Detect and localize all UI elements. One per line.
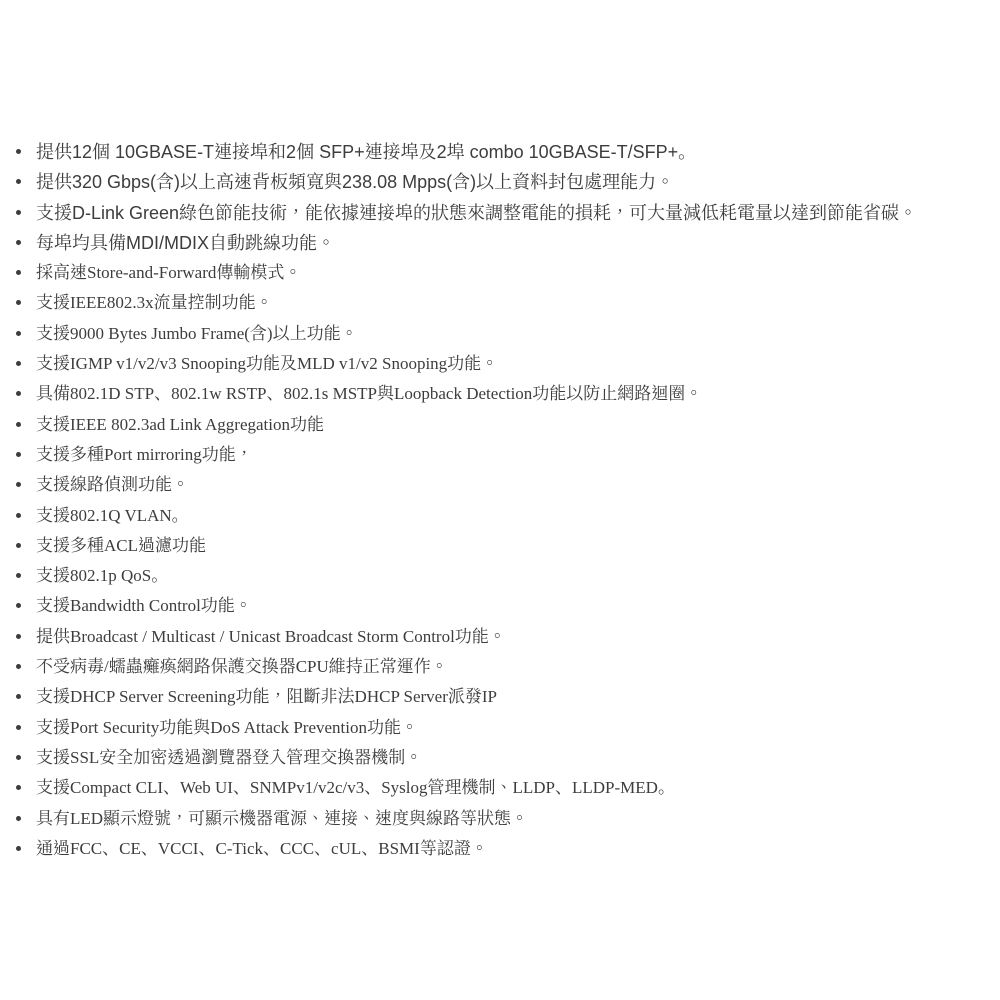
- bullet-icon: [16, 240, 21, 245]
- list-item: 通過FCC、CE、VCCI、C-Tick、CCC、cUL、BSMI等認證。: [0, 834, 1000, 864]
- list-item: 每埠均具備MDI/MDIX自動跳線功能。: [0, 228, 1000, 258]
- list-item: 支援Bandwidth Control功能。: [0, 591, 1000, 621]
- list-item-text: 支援802.1p QoS。: [36, 566, 168, 585]
- bullet-icon: [16, 725, 21, 730]
- list-item-text: 支援9000 Bytes Jumbo Frame(含)以上功能。: [36, 324, 358, 343]
- bullet-icon: [16, 846, 21, 851]
- bullet-icon: [16, 694, 21, 699]
- bullet-icon: [16, 391, 21, 396]
- list-item-text: 通過FCC、CE、VCCI、C-Tick、CCC、cUL、BSMI等認證。: [36, 839, 488, 858]
- list-item-text: 具備802.1D STP、802.1w RSTP、802.1s MSTP與Loo…: [36, 384, 702, 403]
- bullet-icon: [16, 149, 21, 154]
- list-item-text: 支援IEEE802.3x流量控制功能。: [36, 293, 273, 312]
- list-item-text: 提供12個 10GBASE-T連接埠和2個 SFP+連接埠及2埠 combo 1…: [36, 142, 696, 162]
- list-item: 提供320 Gbps(含)以上高速背板頻寬與238.08 Mpps(含)以上資料…: [0, 167, 1000, 197]
- list-item: 支援IGMP v1/v2/v3 Snooping功能及MLD v1/v2 Sno…: [0, 349, 1000, 379]
- list-item: 具備802.1D STP、802.1w RSTP、802.1s MSTP與Loo…: [0, 379, 1000, 409]
- list-item-text: 採高速Store-and-Forward傳輸模式。: [36, 263, 301, 282]
- bullet-icon: [16, 361, 21, 366]
- bullet-icon: [16, 816, 21, 821]
- bullet-icon: [16, 603, 21, 608]
- list-item-text: 不受病毒/蠕蟲癱瘓網路保護交換器CPU維持正常運作。: [36, 657, 448, 676]
- list-item-text: 支援線路偵測功能。: [36, 475, 189, 494]
- list-item-text: 支援DHCP Server Screening功能，阻斷非法DHCP Serve…: [36, 687, 497, 706]
- list-item: 支援多種ACL過濾功能: [0, 531, 1000, 561]
- list-item: 支援9000 Bytes Jumbo Frame(含)以上功能。: [0, 319, 1000, 349]
- bullet-icon: [16, 452, 21, 457]
- bullet-icon: [16, 543, 21, 548]
- list-item-text: 具有LED顯示燈號，可顯示機器電源、連接、速度與線路等狀態。: [36, 809, 528, 828]
- bullet-icon: [16, 482, 21, 487]
- list-item: 支援802.1p QoS。: [0, 561, 1000, 591]
- list-item-text: 提供Broadcast / Multicast / Unicast Broadc…: [36, 627, 506, 646]
- list-item: 提供Broadcast / Multicast / Unicast Broadc…: [0, 622, 1000, 652]
- list-item-text: 支援多種ACL過濾功能: [36, 536, 206, 555]
- bullet-icon: [16, 573, 21, 578]
- bullet-icon: [16, 664, 21, 669]
- list-item: 支援IEEE 802.3ad Link Aggregation功能: [0, 410, 1000, 440]
- bullet-icon: [16, 179, 21, 184]
- list-item: 支援Compact CLI、Web UI、SNMPv1/v2c/v3、Syslo…: [0, 773, 1000, 803]
- list-item: 具有LED顯示燈號，可顯示機器電源、連接、速度與線路等狀態。: [0, 804, 1000, 834]
- bullet-icon: [16, 785, 21, 790]
- list-item: 支援IEEE802.3x流量控制功能。: [0, 288, 1000, 318]
- list-item: 支援Port Security功能與DoS Attack Prevention功…: [0, 713, 1000, 743]
- list-item-text: 支援Compact CLI、Web UI、SNMPv1/v2c/v3、Syslo…: [36, 778, 675, 797]
- list-item: 支援D-Link Green綠色節能技術，能依據連接埠的狀態來調整電能的損耗，可…: [0, 198, 1000, 228]
- list-item-text: 支援IEEE 802.3ad Link Aggregation功能: [36, 415, 324, 434]
- bullet-icon: [16, 755, 21, 760]
- list-item-text: 提供320 Gbps(含)以上高速背板頻寬與238.08 Mpps(含)以上資料…: [36, 172, 674, 192]
- list-item: 提供12個 10GBASE-T連接埠和2個 SFP+連接埠及2埠 combo 1…: [0, 137, 1000, 167]
- list-item-text: 支援Bandwidth Control功能。: [36, 596, 252, 615]
- list-item: 支援802.1Q VLAN。: [0, 501, 1000, 531]
- bullet-icon: [16, 331, 21, 336]
- list-item: 支援DHCP Server Screening功能，阻斷非法DHCP Serve…: [0, 682, 1000, 712]
- bullet-icon: [16, 634, 21, 639]
- list-item-text: 支援Port Security功能與DoS Attack Prevention功…: [36, 718, 418, 737]
- list-item-text: 支援SSL安全加密透過瀏覽器登入管理交換器機制。: [36, 748, 422, 767]
- list-item: 支援SSL安全加密透過瀏覽器登入管理交換器機制。: [0, 743, 1000, 773]
- list-item: 支援多種Port mirroring功能，: [0, 440, 1000, 470]
- bullet-icon: [16, 210, 21, 215]
- bullet-icon: [16, 300, 21, 305]
- bullet-icon: [16, 422, 21, 427]
- list-item-text: 支援IGMP v1/v2/v3 Snooping功能及MLD v1/v2 Sno…: [36, 354, 498, 373]
- product-feature-page: 提供12個 10GBASE-T連接埠和2個 SFP+連接埠及2埠 combo 1…: [0, 0, 1000, 1000]
- bullet-icon: [16, 513, 21, 518]
- list-item-text: 支援D-Link Green綠色節能技術，能依據連接埠的狀態來調整電能的損耗，可…: [36, 203, 917, 223]
- list-item-text: 支援802.1Q VLAN。: [36, 506, 189, 525]
- bullet-icon: [16, 270, 21, 275]
- list-item: 採高速Store-and-Forward傳輸模式。: [0, 258, 1000, 288]
- list-item: 支援線路偵測功能。: [0, 470, 1000, 500]
- feature-list: 提供12個 10GBASE-T連接埠和2個 SFP+連接埠及2埠 combo 1…: [0, 0, 1000, 864]
- list-item-text: 每埠均具備MDI/MDIX自動跳線功能。: [36, 233, 335, 253]
- list-item: 不受病毒/蠕蟲癱瘓網路保護交換器CPU維持正常運作。: [0, 652, 1000, 682]
- list-item-text: 支援多種Port mirroring功能，: [36, 445, 253, 464]
